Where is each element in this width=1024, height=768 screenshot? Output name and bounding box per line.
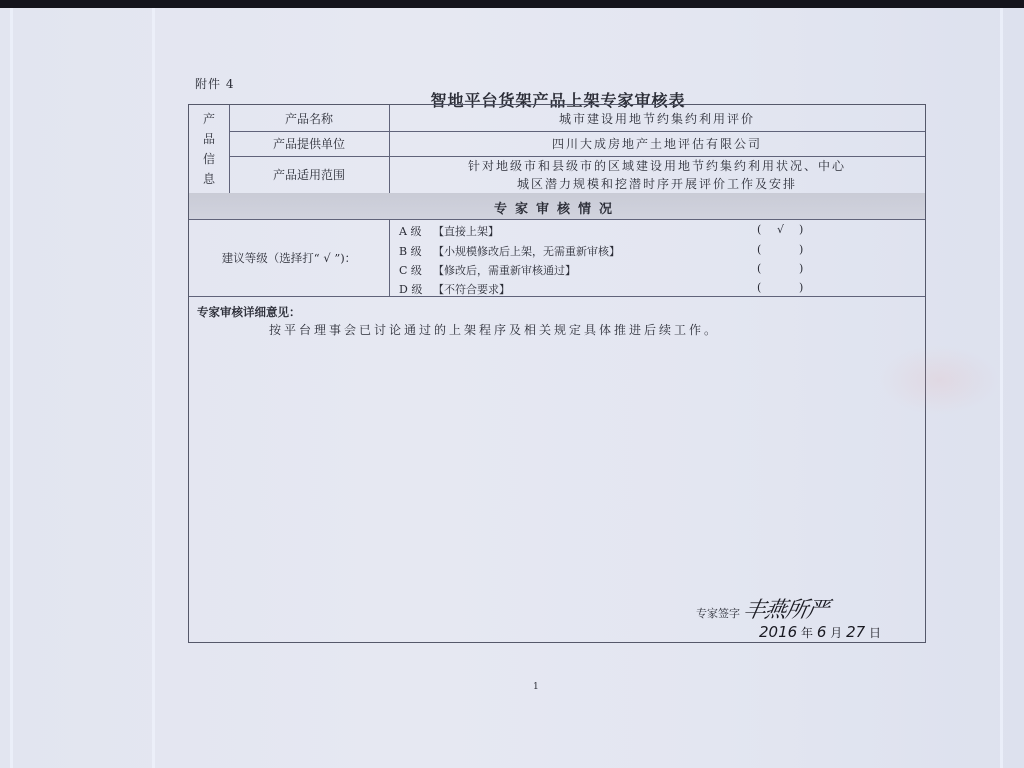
grade-option-b: B 级【小规模修改后上架，无需重新审核】 [399,243,620,259]
check-mark-icon: √ [777,223,784,236]
provider-label: 产品提供单位 [229,131,389,156]
scope-value: 针对地级市和县级市的区域建设用地节约集约利用状况、中心 城区潜力规模和挖潜时序开… [389,156,925,193]
product-name-label: 产品名称 [229,105,389,131]
scan-streak [1000,8,1003,768]
provider-value: 四川大成房地产土地评估有限公司 [389,131,925,156]
grade-option-c: C 级【修改后，需重新审核通过】 [399,262,576,278]
opinion-label: 专家审核详细意见： [197,304,301,320]
scan-top-edge [0,0,1024,8]
scan-streak [152,8,155,768]
product-info-section-label: 产 品 信 息 [189,105,229,193]
signature-label: 专家签字 [696,605,740,621]
handwritten-signature: 丰燕所严 [741,593,830,624]
page-number: 1 [533,682,539,692]
review-section-header: 专家审核情况 [189,193,925,219]
signature-date: 2016 年 6 月 27 日 [759,623,881,641]
review-form-table: 产 品 信 息 产品名称 城市建设用地节约集约利用评价 产品提供单位 四川大成房… [188,104,926,643]
scan-streak [10,8,13,768]
scope-label: 产品适用范围 [229,156,389,193]
opinion-text: 按平台理事会已讨论通过的上架程序及相关规定具体推进后续工作。 [269,321,719,338]
faint-red-stamp [879,345,999,415]
grade-option-d: D 级【不符合要求】 [399,281,510,297]
product-name-value: 城市建设用地节约集约利用评价 [389,105,925,131]
divider [389,219,390,296]
grade-label: 建议等级（选择打“ √ ”)： [189,219,389,296]
grade-option-a: A 级【直接上架】 [399,223,499,239]
divider [189,296,925,297]
